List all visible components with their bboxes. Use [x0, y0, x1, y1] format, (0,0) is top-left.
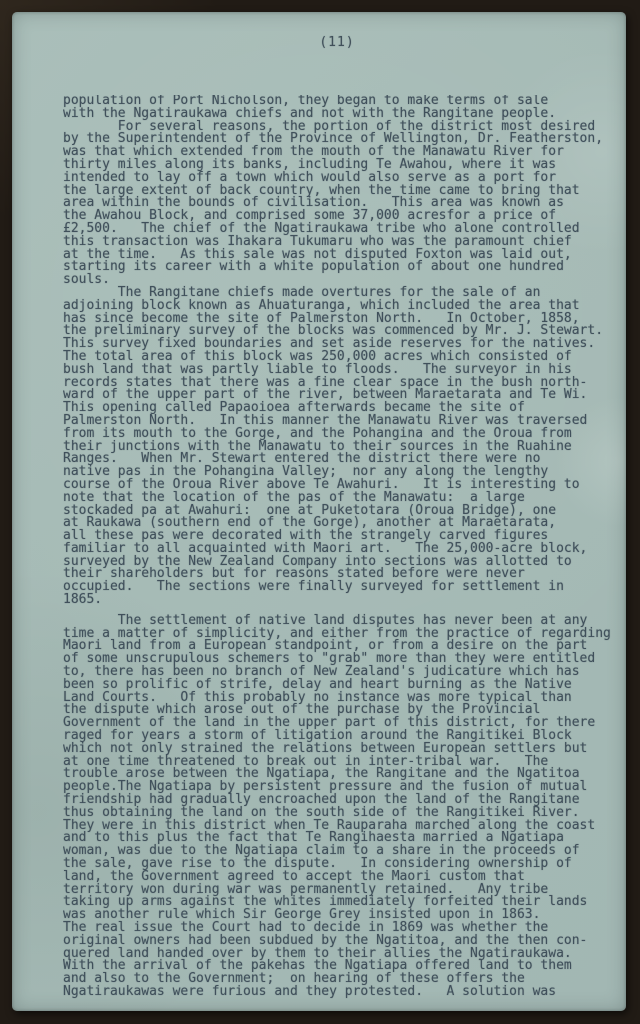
body-text: population of Port Nicholson, they began… [63, 95, 623, 999]
scan-background: (11) population of Port Nicholson, they … [0, 0, 640, 1024]
paragraph-awahou-block: For several reasons, the portion of the … [63, 121, 623, 287]
page-number: (11) [63, 36, 611, 50]
document-page: (11) population of Port Nicholson, they … [12, 12, 626, 1011]
paragraph-rangitane-chiefs: The Rangitane chiefs made overtures for … [63, 287, 623, 607]
paragraph-land-disputes: The settlement of native land disputes h… [63, 615, 623, 999]
paragraph-continuation: population of Port Nicholson, they began… [63, 95, 623, 121]
